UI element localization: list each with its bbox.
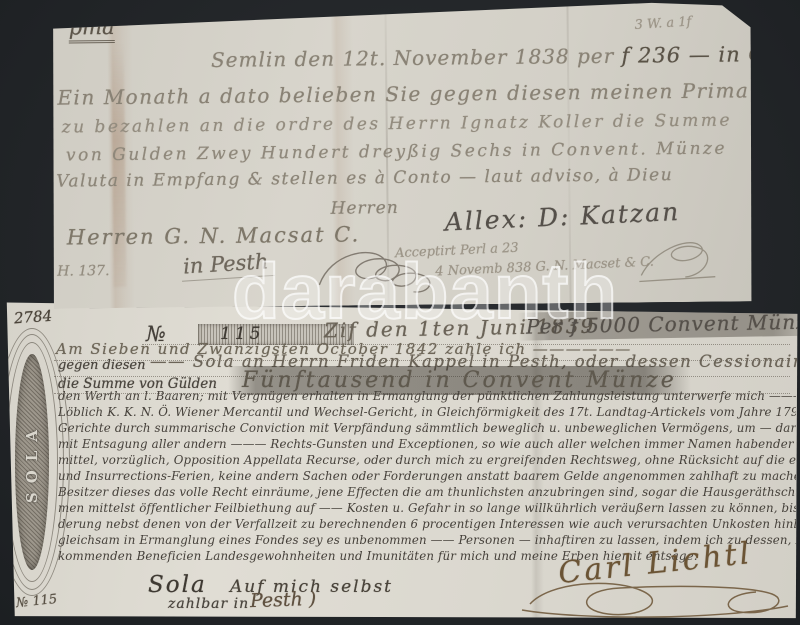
printed-line: Besitzer dieses das volle Recht einräume… [58,484,796,500]
pesth-flourish [311,243,462,299]
amount-note: f 236 — in C. Münz [621,41,800,67]
place-pesth: in Pesth [180,249,275,282]
body-line-4: Valuta in Empfang & stellen es à Conto —… [56,165,673,191]
date-text: Semlin den 12t. November 1838 per [211,44,614,72]
zahlbar-place: Pesth ) [250,588,317,612]
document-scan: pma 3 W. a 1f Semlin den 12t. November 1… [0,0,800,625]
sola-vertical-text: SOLA [23,421,41,503]
file-number: H. 137. [57,263,109,280]
herren-heading: Herren [330,198,398,219]
prima-mark: pma [69,15,115,43]
printed-line: Gerichte durch summarische Conviction mi… [58,420,796,436]
amount-fill: Per f 5000 Convent Münze [518,307,800,340]
signature-flourish [520,576,792,620]
corner-annotation: 3 W. a 1f [634,14,692,33]
sola-ornament: SOLA [4,336,60,588]
printed-conditions: den Werth an l. Baaren; mit Vergnügen er… [58,388,796,564]
corner-number: 2784 [13,307,52,328]
top-document: pma 3 W. a 1f Semlin den 12t. November 1… [44,0,753,308]
zahlbar-label: zahlbar in [168,596,249,612]
acceptance-note-2: 4 Novemb 838 G. N. Macset & C. [435,255,654,280]
printed-line: Löblich K. K. N. Ö. Wiener Mercantil und… [58,404,796,420]
printed-line: men mittelst öffentlicher Feilbiethung a… [58,500,796,516]
date-line: Semlin den 12t. November 1838 per f 236 … [211,41,800,72]
payee-label: gegen diesen [58,358,145,373]
body-line-2: zu bezahlen an die ordre des Herrn Ignat… [62,111,732,138]
printed-line: mittel, vorzüglich, Opposition Appellata… [58,452,796,468]
printed-line: und Insurrections-Ferien, keine andern S… [58,468,796,484]
bottom-document: 2784 SOLA № 115 Zif den 1ten Juni 1839 P… [2,296,799,622]
sola-clause-word: Sola [148,572,207,598]
ornament-core: SOLA [15,354,49,570]
printed-line: mit Entsagung aller andern ——— Rechts-Gu… [58,436,796,452]
body-line-3: von Gulden Zwey Hundert dreyßig Sechs in… [66,139,727,166]
printed-line: derung nebst denen von der Verfallzeit z… [58,516,796,532]
printed-line: den Werth an l. Baaren; mit Vergnügen er… [58,388,796,404]
margin-number: № 115 [15,592,58,611]
acceptance-paraph [635,231,720,286]
body-line-1: Ein Monath a dato belieben Sie gegen die… [57,77,800,110]
